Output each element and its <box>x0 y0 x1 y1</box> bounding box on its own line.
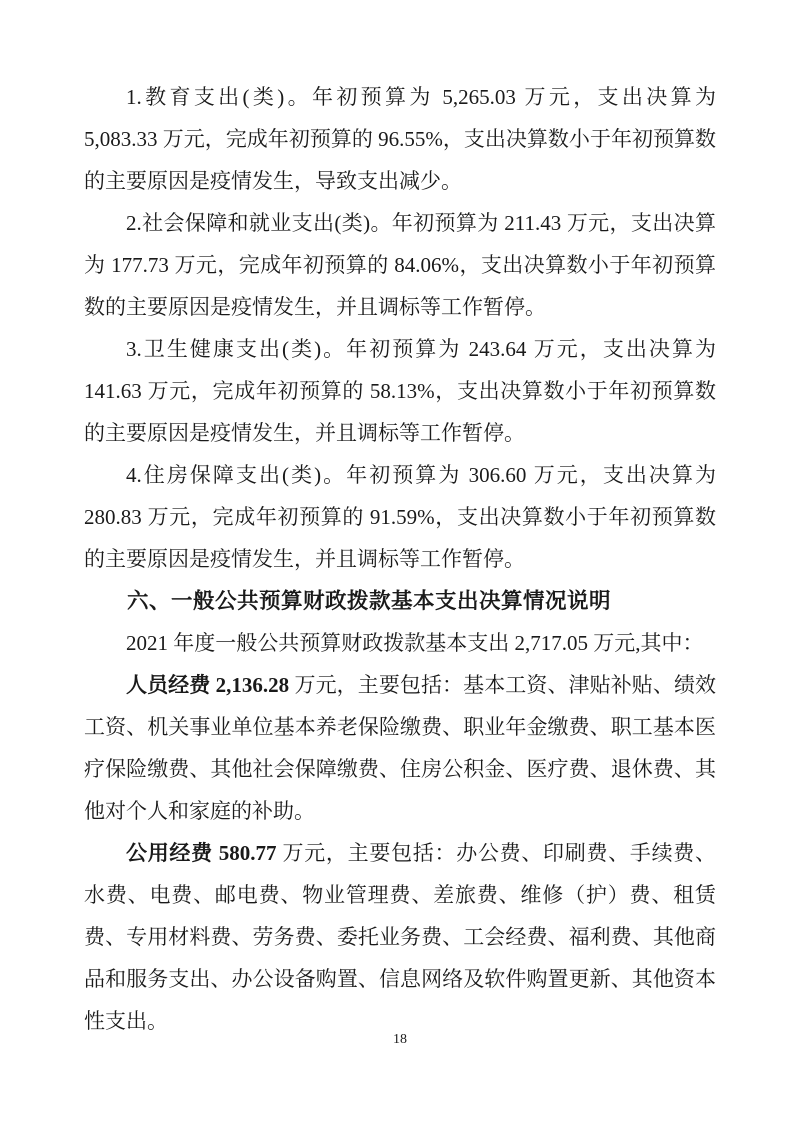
para-social-security-expenditure: 2.社会保障和就业支出(类)。年初预算为 211.43 万元，支出决算为 177… <box>84 202 716 328</box>
document-page: 1.教育支出(类)。年初预算为 5,265.03 万元，支出决算为 5,083.… <box>0 0 800 1131</box>
section-six-heading: 六、一般公共预算财政拨款基本支出决算情况说明 <box>84 580 716 622</box>
public-funds-amount: 580.77 <box>213 841 283 865</box>
para-health-expenditure: 3.卫生健康支出(类)。年初预算为 243.64 万元，支出决算为 141.63… <box>84 328 716 454</box>
personnel-funds-amount: 2,136.28 <box>210 673 294 697</box>
para-public-funds: 公用经费 580.77 万元，主要包括：办公费、印刷费、手续费、水费、电费、邮电… <box>84 832 716 1042</box>
page-number: 18 <box>0 1032 800 1048</box>
personnel-funds-label: 人员经费 <box>126 673 210 697</box>
public-funds-detail: 万元，主要包括：办公费、印刷费、手续费、水费、电费、邮电费、物业管理费、差旅费、… <box>84 841 716 1033</box>
para-education-expenditure: 1.教育支出(类)。年初预算为 5,265.03 万元，支出决算为 5,083.… <box>84 76 716 202</box>
para-basic-expenditure-intro: 2021 年度一般公共预算财政拨款基本支出 2,717.05 万元,其中： <box>84 622 716 664</box>
document-body: 1.教育支出(类)。年初预算为 5,265.03 万元，支出决算为 5,083.… <box>84 76 716 1042</box>
para-personnel-funds: 人员经费 2,136.28 万元，主要包括：基本工资、津贴补贴、绩效工资、机关事… <box>84 664 716 832</box>
public-funds-label: 公用经费 <box>126 841 213 865</box>
para-housing-expenditure: 4.住房保障支出(类)。年初预算为 306.60 万元，支出决算为 280.83… <box>84 454 716 580</box>
